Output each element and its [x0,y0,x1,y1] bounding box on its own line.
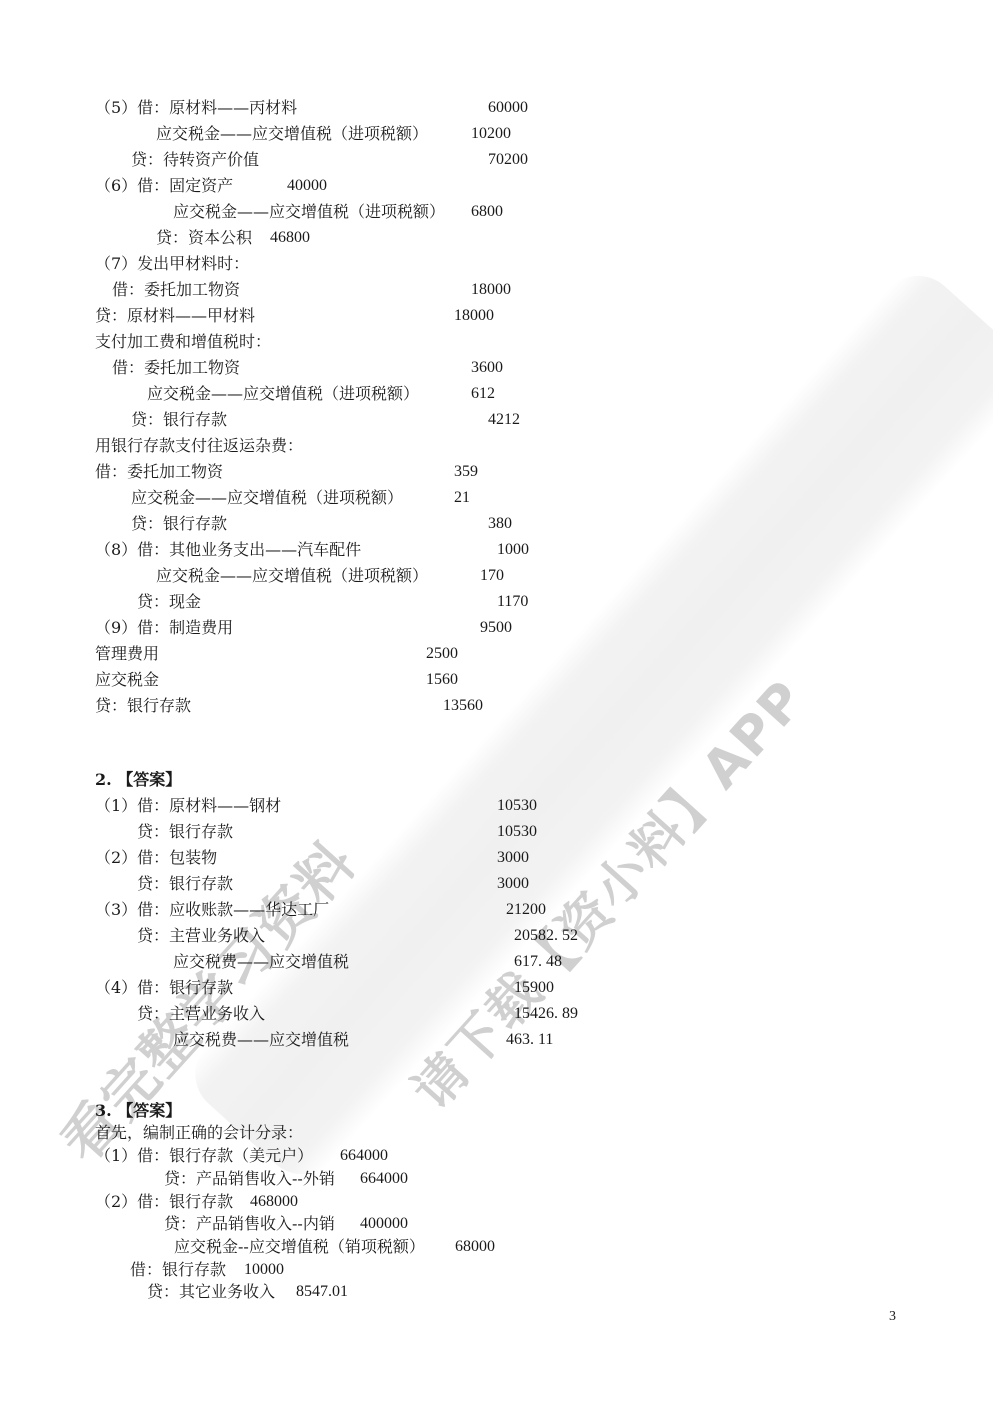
entry-amount: 18000 [454,305,494,327]
entry-amount: 20582. 52 [514,925,578,947]
entry-amount: 15426. 89 [514,1003,578,1025]
entry-amount: 2500 [426,643,458,665]
entry-amount: 380 [488,513,512,535]
entry-amount: 9500 [480,617,512,639]
entry-credit-account: 应交税费——应交增值税 [173,951,349,973]
entry-amount: 46800 [270,227,310,249]
entry-credit-account: 贷：现金 [137,591,201,613]
entry-debit-account: （3）借：应收账款——华达工厂 [95,899,329,921]
entry-debit-account: （6）借：固定资产 [95,175,233,197]
entry-amount: 15900 [514,977,554,999]
entry-amount: 68000 [455,1236,495,1258]
entry-credit-account: 贷：资本公积 [156,227,252,249]
entry-credit-account: 贷：银行存款 [137,873,233,895]
entry-amount: 21200 [506,899,546,921]
entry-credit-account: 贷：银行存款 [95,695,191,717]
entry-amount: 1000 [497,539,529,561]
entry-debit-account: 应交税金——应交增值税（进项税额） [173,201,445,223]
entry-debit-account: 借：委托加工物资 [95,461,223,483]
entry-heading: 用银行存款支付往返运杂费： [95,435,303,457]
entry-amount: 10000 [244,1259,284,1281]
entry-credit-account: 贷：银行存款 [131,409,227,431]
entry-debit-account: 应交税金——应交增值税（进项税额） [156,565,428,587]
entry-amount: 40000 [287,175,327,197]
entry-amount: 463. 11 [506,1029,553,1051]
entry-debit-account: 应交税金 [95,669,159,691]
entry-debit-account: 借：委托加工物资 [112,279,240,301]
entry-amount: 3000 [497,847,529,869]
section-heading: 2. 【答案】 [95,769,181,791]
page-number: 3 [889,1309,896,1325]
entry-amount: 612 [471,383,495,405]
entry-amount: 21 [454,487,470,509]
entry-credit-account: 贷：产品销售收入--外销 [164,1168,335,1190]
entry-debit-account: （4）借：银行存款 [95,977,233,999]
entry-amount: 3000 [497,873,529,895]
entry-debit-account: 应交税金——应交增值税（进项税额） [156,123,428,145]
entry-amount: 8547.01 [296,1281,348,1303]
entry-credit-account: 应交税金--应交增值税（销项税额） [174,1236,425,1258]
entry-credit-account: 贷：原材料——甲材料 [95,305,255,327]
entry-credit-account: 贷：银行存款 [131,513,227,535]
entry-credit-account: 应交税费——应交增值税 [173,1029,349,1051]
entry-amount: 60000 [488,97,528,119]
entry-credit-account: 贷：产品销售收入--内销 [164,1213,335,1235]
entry-amount: 18000 [471,279,511,301]
entry-amount: 359 [454,461,478,483]
entry-amount: 13560 [443,695,483,717]
entry-amount: 70200 [488,149,528,171]
entry-amount: 468000 [250,1191,298,1213]
entry-debit-account: 借：银行存款 [130,1259,226,1281]
entry-credit-account: 贷：待转资产价值 [131,149,259,171]
entry-amount: 1560 [426,669,458,691]
entry-credit-account: 贷：其它业务收入 [147,1281,275,1303]
entry-amount: 170 [480,565,504,587]
entry-debit-account: （1）借：银行存款（美元户） [95,1145,313,1167]
entry-credit-account: 贷：银行存款 [137,821,233,843]
entry-debit-account: （5）借：原材料——丙材料 [95,97,297,119]
entry-amount: 10530 [497,821,537,843]
entry-amount: 1170 [497,591,528,613]
entry-amount: 10200 [471,123,511,145]
entry-debit-account: （8）借：其他业务支出——汽车配件 [95,539,361,561]
entry-amount: 4212 [488,409,520,431]
section-intro: 首先，编制正确的会计分录： [95,1122,303,1144]
entry-amount: 617. 48 [514,951,562,973]
entry-debit-account: 应交税金——应交增值税（进项税额） [147,383,419,405]
entry-debit-account: 借：委托加工物资 [112,357,240,379]
entry-amount: 10530 [497,795,537,817]
entry-debit-account: （2）借：银行存款 [95,1191,233,1213]
entry-amount: 664000 [340,1145,388,1167]
entry-debit-account: （2）借：包装物 [95,847,217,869]
entry-amount: 664000 [360,1168,408,1190]
entry-amount: 3600 [471,357,503,379]
entry-debit-account: 管理费用 [95,643,159,665]
entry-debit-account: （1）借：原材料——钢材 [95,795,281,817]
entry-debit-account: （9）借：制造费用 [95,617,233,639]
entry-heading: （7）发出甲材料时： [95,253,249,275]
entry-credit-account: 贷：主营业务收入 [137,1003,265,1025]
watermark-text-line2: 请下载【资小料】APP [392,660,819,1122]
section-heading: 3. 【答案】 [95,1100,181,1122]
entry-heading: 支付加工费和增值税时： [95,331,271,353]
entry-debit-account: 应交税金——应交增值税（进项税额） [131,487,403,509]
entry-amount: 6800 [471,201,503,223]
entry-credit-account: 贷：主营业务收入 [137,925,265,947]
entry-amount: 400000 [360,1213,408,1235]
document-page: 看完整学习资料 请下载【资小料】APP （5）借：原材料——丙材料 60000 … [0,0,993,1403]
